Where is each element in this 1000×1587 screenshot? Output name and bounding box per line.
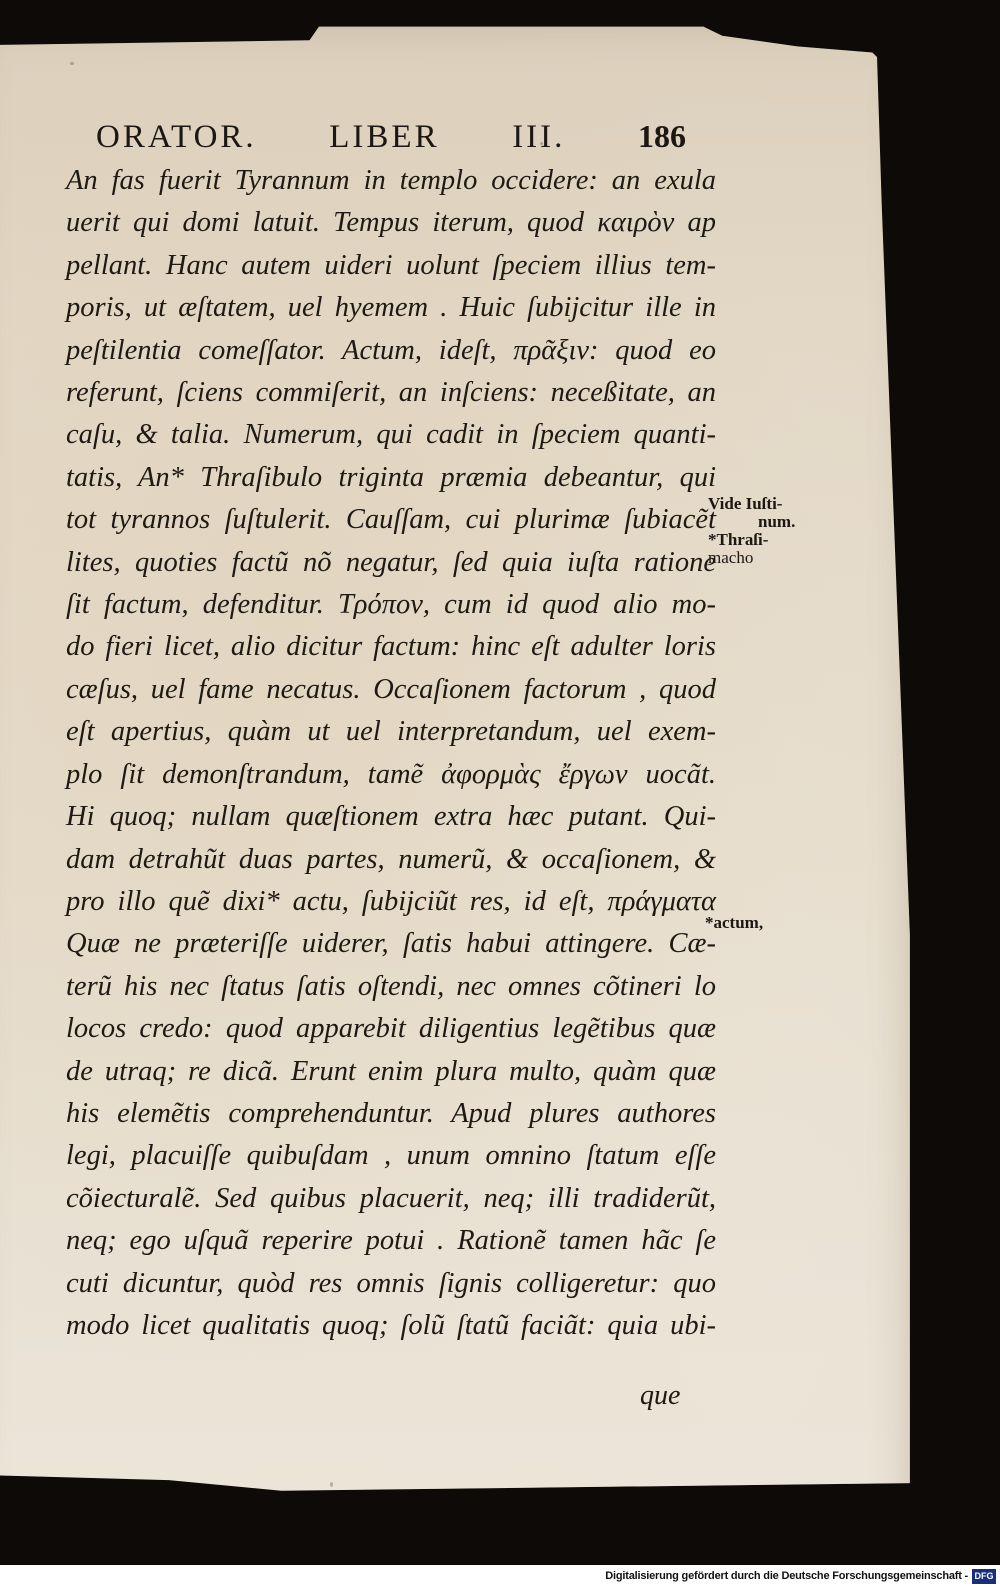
dfg-logo-icon: DFG	[972, 1569, 996, 1584]
text-line: terũ his nec ſtatus ſatis oſtendi, nec o…	[66, 966, 716, 1008]
running-head-book: III.	[512, 119, 565, 156]
margin-note-thrasimacho: Vide Iuſti- num. *Thraſi- macho	[708, 495, 838, 567]
text-line: cõiecturalẽ. Sed quibus placuerit, neq; …	[66, 1178, 716, 1220]
text-line: eſt apertius, quàm ut uel interpretandum…	[66, 711, 716, 753]
text-line: plo ſit demonſtrandum, tamẽ ἀφορμὰς ἔργω…	[66, 754, 716, 796]
text-line: tot tyrannos ſuſtulerit. Cauſſam, cui pl…	[66, 499, 716, 541]
text-line: pro illo quẽ dixi* actu, ſubijciũt res, …	[66, 881, 716, 923]
paper-speck	[70, 62, 74, 65]
text-line: Hi quoq; nullam quæſtionem extra hæc put…	[66, 796, 716, 838]
page-number: 186	[638, 118, 686, 155]
running-head-title: ORATOR.	[96, 119, 257, 156]
text-line: caſu, & talia. Numerum, qui cadit in ſpe…	[66, 414, 716, 456]
text-line: pellant. Hanc autem uideri uolunt ſpecie…	[66, 245, 716, 287]
text-line: Quæ ne præteriſſe uiderer, ſatis habui a…	[66, 923, 716, 965]
page-content: ORATOR. LIBER III. 186 An fas fuerit Tyr…	[0, 22, 938, 1544]
scan-background: ORATOR. LIBER III. 186 An fas fuerit Tyr…	[0, 0, 1000, 1565]
margin-note-line: macho	[708, 549, 838, 567]
running-head: ORATOR. LIBER III. 186	[96, 118, 686, 156]
margin-note-line: num.	[708, 513, 838, 531]
running-head-liber: LIBER	[329, 119, 439, 156]
text-line: tatis, An* Thraſibulo triginta præmia de…	[66, 457, 716, 499]
text-line: his elemẽtis comprehenduntur. Apud plure…	[66, 1093, 716, 1135]
text-line: An fas fuerit Tyrannum in templo occider…	[66, 160, 716, 202]
text-line: uerit qui domi latuit. Tempus iterum, qu…	[66, 202, 716, 244]
text-line: ſit factum, defenditur. Τρόπον, cum id q…	[66, 584, 716, 626]
margin-note-line: *actum,	[705, 914, 825, 932]
text-line: neq; ego uſquã reperire potui . Rationẽ …	[66, 1220, 716, 1262]
body-text: An fas fuerit Tyrannum in templo occider…	[66, 160, 716, 1347]
text-line: poris, ut æſtatem, uel hyemem . Huic ſub…	[66, 287, 716, 329]
text-line: legi, placuiſſe quibuſdam , unum omnino …	[66, 1135, 716, 1177]
margin-note-line: *Thraſi-	[708, 531, 838, 549]
text-line: referunt, ſciens commiſerit, an inſciens…	[66, 372, 716, 414]
catchword: que	[640, 1380, 680, 1412]
text-line: peſtilentia comeſſator. Actum, ideſt, πρ…	[66, 330, 716, 372]
text-line: do fieri licet, alio dicitur factum: hin…	[66, 626, 716, 668]
margin-note-actum: *actum,	[705, 914, 825, 932]
book-page: ORATOR. LIBER III. 186 An fas fuerit Tyr…	[0, 22, 938, 1544]
digitization-footer: Digitalisierung gefördert durch die Deut…	[0, 1565, 1000, 1587]
funding-credit: Digitalisierung gefördert durch die Deut…	[605, 1570, 968, 1582]
text-line: lites, quoties factũ nõ negatur, ſed qui…	[66, 542, 716, 584]
paper-speck	[330, 1482, 333, 1487]
text-line: cuti dicuntur, quòd res omnis ſignis col…	[66, 1263, 716, 1305]
text-line: cæſus, uel fame necatus. Occaſionem fact…	[66, 669, 716, 711]
text-line: dam detrahũt duas partes, numerũ, & occa…	[66, 839, 716, 881]
text-line: de utraq; re dicã. Erunt enim plura mult…	[66, 1051, 716, 1093]
text-line: locos credo: quod apparebit diligentius …	[66, 1008, 716, 1050]
text-line: modo licet qualitatis quoq; ſolũ ſtatũ f…	[66, 1305, 716, 1347]
margin-note-line: Vide Iuſti-	[708, 495, 838, 513]
